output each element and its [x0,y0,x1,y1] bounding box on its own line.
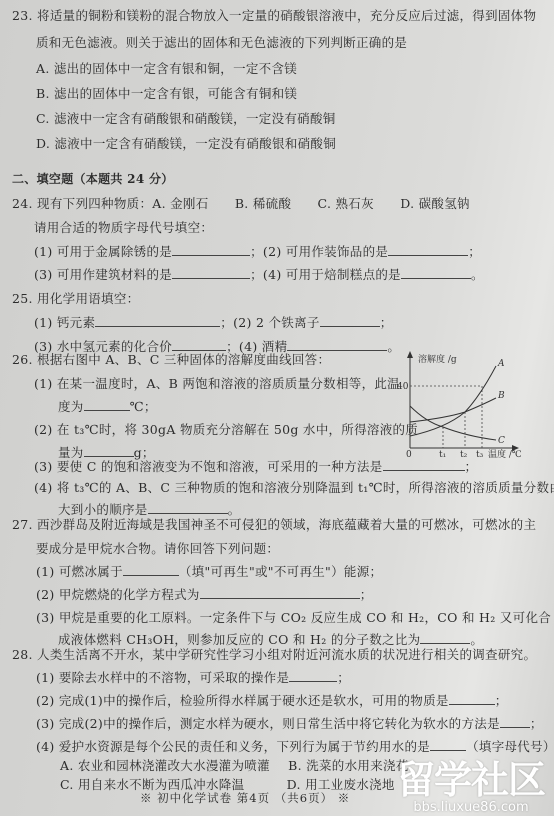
q24-stem: 24. 现有下列四种物质：A. 金刚石 B. 稀硫酸 C. 熟石灰 D. 碳酸氢… [12,194,470,212]
q24-instruction: 请用合适的物质字母代号填空： [34,218,213,236]
q24-part1-label: (1) 可用于金属除锈的是 [34,244,172,259]
period: 。 [471,267,484,282]
q24-row1: (1) 可用于金属除锈的是；(2) 可用作装饰品的是； [34,242,481,260]
q24-option-c: C. 熟石灰 [318,196,374,211]
solubility-chart: 溶解度 /g 40 0 t₁ t₂ t₃ 温度 /℃ A B C [396,348,521,458]
origin-label: 0 [406,450,412,458]
exam-page: 23. 将适量的铜粉和镁粉的混合物放入一定量的硝酸银溶液中，充分反应后过滤，得到… [0,0,554,816]
q26-part3-blank[interactable] [383,458,465,471]
q25-part1-blank[interactable] [95,314,220,327]
q23-option-a: A. 滤出的固体中一定含有银和铜，一定不含镁 [36,59,297,77]
q23-stem-line1: 23. 将适量的铜粉和镁粉的混合物放入一定量的硝酸银溶液中，充分反应后过滤，得到… [12,6,536,24]
semicolon: ； [337,670,350,685]
semicolon: ； [465,459,478,474]
q26-part1-line1: (1) 在某一温度时，A、B 两饱和溶液的溶质质量分数相等，此温 [34,374,400,392]
q26-part4-line1: (4) 将 t₃℃的 A、B、C 三种物质的饱和溶液分别降温到 t₁℃时，所得溶… [34,478,554,496]
q24-row2: (3) 可用作建筑材料的是；(4) 可用于焙制糕点的是。 [34,265,484,283]
y-tick-40: 40 [397,382,409,392]
curve-label-a: A [497,359,505,369]
q26-part3-label: (3) 要使 C 的饱和溶液变为不饱和溶液，可采用的一种方法是 [34,459,383,474]
curve-b [410,398,496,422]
curve-label-b: B [497,391,505,401]
x-tick-t2: t₂ [460,450,468,458]
q27-part1-label: (1) 可燃冰属于 [36,564,123,579]
q28-part1: (1) 要除去水样中的不溶物，可采取的操作是； [36,668,350,686]
q24-part3-blank[interactable] [172,266,250,279]
q26-part1-prefix: 度为 [58,399,84,414]
q25-part2-label: ；(2) 2 个铁离子 [220,315,319,330]
q24-part1-blank[interactable] [172,243,250,256]
q25-row1: (1) 钙元素；(2) 2 个铁离子； [34,313,393,331]
q26-stem: 26. 根据右图中 A、B、C 三种固体的溶解度曲线回答： [12,350,330,368]
q26-part4-blank[interactable] [148,501,228,514]
semicolon: ； [360,587,373,602]
watermark-url: bbs.liuxue86.com [396,800,546,815]
q23-option-c: C. 滤液中一定含有硝酸银和硝酸镁，一定没有硝酸铜 [36,109,336,127]
q27-part2-blank[interactable] [200,586,360,599]
q25-stem: 25. 用化学用语填空： [12,289,139,307]
q28-part2: (2) 完成(1)中的操作后，检验所得水样属于硬水还是软水，可用的物质是； [36,691,508,709]
q28-part4-label: (4) 爱护水资源是每个公民的责任和义务，下列行为属于节约用水的是 [36,739,430,754]
q24-stem-text: 24. 现有下列四种物质：A. 金刚石 [12,196,209,211]
curve-a [410,366,496,436]
q27-part3-blank[interactable] [420,631,470,644]
q27-part2-label: (2) 甲烷燃烧的化学方程式为 [36,587,200,602]
q26-part1-unit: ℃； [130,399,157,414]
q23-option-d: D. 滤液中一定含有硝酸镁，一定没有硝酸银和硝酸铜 [36,134,336,152]
q28-part2-label: (2) 完成(1)中的操作后，检验所得水样属于硬水还是软水，可用的物质是 [36,693,449,708]
q27-part1: (1) 可燃冰属于（填"可再生"或"不可再生"）能源； [36,562,382,580]
q28-part2-blank[interactable] [449,692,495,705]
page-footer: ※ 初中化学试卷 第4页 （共6页） ※ [140,790,350,806]
semicolon: ； [380,315,393,330]
q26-part1-blank[interactable] [84,398,130,411]
q28-stem: 28. 人类生活离不开水，某中学研究性学习小组对附近河流水质的状况进行相关的调查… [12,645,536,663]
watermark: 留学社区 bbs.liuxue86.com [396,760,546,815]
x-tick-t1: t₁ [439,450,446,458]
q23-stem-line2: 质和无色滤液。则关于滤出的固体和无色滤液的下列判断正确的是 [36,33,407,51]
q28-part1-blank[interactable] [289,669,337,682]
y-axis-arrow-icon [407,351,413,358]
q28-option-b: B. 洗菜的水用来浇花 [288,758,408,773]
q24-option-d: D. 碳酸氢钠 [400,196,470,211]
q28-part4: (4) 爱护水资源是每个公民的责任和义务，下列行为属于节约用水的是（填字母代号） [36,737,554,755]
semicolon: ； [530,716,543,731]
q27-part1-hint: （填"可再生"或"不可再生"）能源； [179,564,382,579]
q24-part2-blank[interactable] [388,243,468,256]
q28-part3-label: (3) 完成(2)中的操作后，测定水样为硬水，则日常生活中将它转化为软水的方法是 [36,716,500,731]
q27-stem-line2: 要成分是甲烷水合物。请你回答下列问题： [36,539,279,557]
q23-option-b: B. 滤出的固体中一定含有银，可能含有铜和镁 [36,84,297,102]
curve-c [410,406,496,440]
q28-part3-blank[interactable] [500,715,530,728]
q26-part2-line1: (2) 在 t₃℃时，将 30gA 物质充分溶解在 50g 水中，所得溶液的质 [34,420,418,438]
q28-options-row1: A. 农业和园林浇灌改大水漫灌为喷灌 B. 洗菜的水用来浇花 [60,756,409,774]
q28-part4-blank[interactable] [430,738,466,751]
q27-stem-line1: 27. 西沙群岛及附近海域是我国神圣不可侵犯的领域，海底蕴藏着大量的可燃冰，可燃… [12,515,536,533]
x-axis-label: 温度 /℃ [488,448,521,458]
x-tick-t3: t₃ [476,450,484,458]
q24-part4-label: ；(4) 可用于焙制糕点的是 [250,267,401,282]
solubility-chart-svg: 溶解度 /g 40 0 t₁ t₂ t₃ 温度 /℃ A B C [396,348,521,458]
q28-part4-note: （填字母代号） [466,739,554,754]
watermark-title: 留学社区 [396,760,546,800]
q28-part1-label: (1) 要除去水样中的不溶物，可采取的操作是 [36,670,289,685]
q25-part1-label: (1) 钙元素 [34,315,95,330]
q25-part2-blank[interactable] [320,314,380,327]
q24-option-b: B. 稀硫酸 [235,196,291,211]
semicolon: ； [468,244,481,259]
semicolon: ； [495,693,508,708]
q24-part2-label: ；(2) 可用作装饰品的是 [250,244,388,259]
q26-part1-line2: 度为℃； [58,397,157,415]
section-title: 二、填空题（本题共 24 分） [12,170,174,187]
q26-part2-blank[interactable] [84,444,134,457]
q27-part3-line1: (3) 甲烷是重要的化工原料。一定条件下与 CO₂ 反应生成 CO 和 H₂，C… [36,608,551,626]
y-axis-label: 溶解度 /g [418,353,457,365]
q24-part3-label: (3) 可用作建筑材料的是 [34,267,172,282]
q27-part2: (2) 甲烷燃烧的化学方程式为； [36,585,373,603]
q28-option-a: A. 农业和园林浇灌改大水漫灌为喷灌 [60,758,270,773]
curve-label-c: C [498,436,505,446]
q27-part1-blank[interactable] [123,563,179,576]
q28-part3: (3) 完成(2)中的操作后，测定水样为硬水，则日常生活中将它转化为软水的方法是… [36,714,543,732]
q24-part4-blank[interactable] [401,266,471,279]
q26-part3: (3) 要使 C 的饱和溶液变为不饱和溶液，可采用的一种方法是； [34,457,477,475]
